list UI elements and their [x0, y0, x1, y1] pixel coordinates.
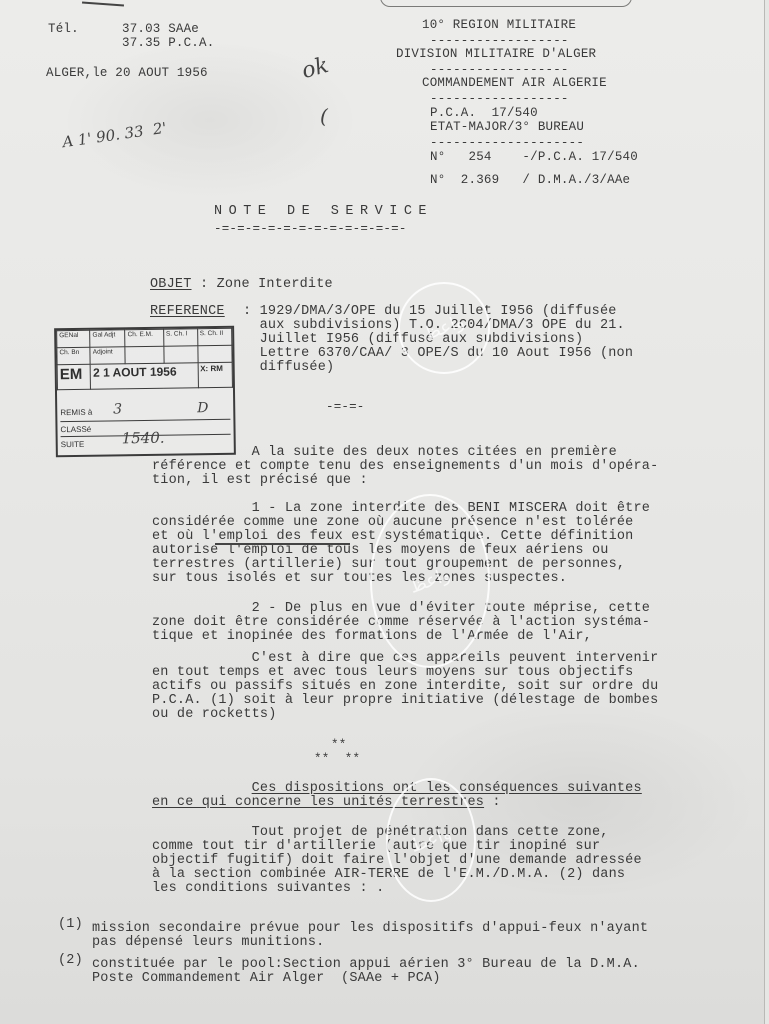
text-line: 2 - De plus en vue d'éviter toute mépris…	[152, 602, 650, 616]
header-command: COMMANDEMENT AIR ALGERIE	[422, 76, 607, 90]
text-line: terrestres (artillerie) sur tout groupem…	[152, 558, 625, 572]
stamp-header: S. Ch. II	[197, 328, 232, 345]
stamp-header: Gal Adjt	[90, 330, 125, 347]
top-frame-edge	[380, 0, 632, 7]
text-line: référence et compte tenu des enseignemen…	[152, 460, 658, 474]
text-line: Tout projet de pénétration dans cette zo…	[152, 826, 609, 840]
stamp-remis-extra: D	[197, 400, 208, 416]
stamp-cell	[197, 345, 232, 362]
stamp-suite-label: SUITE	[61, 440, 85, 449]
header-rule: ------------------	[430, 34, 569, 48]
reference-line: diffusée)	[243, 361, 334, 375]
text-line: autorise l'emploi de tous les moyens de …	[152, 544, 609, 558]
text-line: en ce qui concerne les unités terrestres…	[152, 796, 501, 810]
stamp-header: S. Ch. I	[163, 329, 197, 346]
header-rule: ------------------	[430, 92, 569, 106]
handwritten-tick: (	[320, 104, 328, 128]
stamp-cell: Ch. Bn	[57, 347, 91, 364]
text-line: 1 - La zone interdite des BENI MISCERA d…	[152, 502, 650, 516]
text-line: A la suite des deux notes citées en prem…	[152, 446, 617, 460]
objet-value: : Zone Interdite	[200, 278, 333, 292]
text-line: à la section combinée AIR-TERRE de l'E.M…	[152, 868, 625, 882]
stamp-cell: Adjoint	[90, 347, 125, 364]
text-line: objectif fugitif) doit faire l'objet d'u…	[152, 854, 642, 868]
footnote-marker: (1)	[58, 918, 83, 932]
header-rule: ------------------	[430, 63, 569, 77]
header-etat-major: ETAT-MAJOR/3° BUREAU	[430, 120, 584, 134]
header-region: 10° REGION MILITAIRE	[422, 18, 576, 32]
stamp-date-prefix: EM	[57, 364, 91, 389]
heading-underlined: Ces dispositions ont les conséquences su…	[252, 781, 642, 796]
footnote-line: pas dépensé leurs munitions.	[92, 936, 324, 950]
header-pca: P.C.A. 17/540	[430, 106, 538, 120]
section-separator: -=-=-	[326, 400, 365, 414]
stamp-cell	[125, 346, 164, 364]
stamp-remis-value: 3	[113, 401, 122, 417]
stamp-classe-label: CLASSé	[60, 425, 91, 434]
heading-colon: :	[484, 795, 501, 810]
place-date: ALGER,le 20 AOUT 1956	[46, 66, 208, 80]
underline-mark	[215, 543, 350, 545]
reference-line: Juillet I956 (diffusé aux subdivisions)	[243, 333, 583, 347]
header-rule: --------------------	[430, 136, 584, 150]
tel-label: Tél.	[48, 22, 79, 36]
footnote-line: mission secondaire prévue pour les dispo…	[92, 922, 648, 936]
text-line: C'est à dire que ces appareils peuvent i…	[152, 652, 658, 666]
stars-divider-bottom: ** **	[314, 752, 360, 766]
footnote-line: Poste Commandement Air Alger (SAAe + PCA…	[92, 972, 441, 986]
stamp-remis-label: REMIS à	[60, 408, 92, 417]
stamp-divider	[60, 419, 230, 422]
tel-line-2: 37.35 P.C.A.	[122, 36, 214, 50]
stamp-cell	[164, 346, 198, 363]
text-line: tion, il est précisé que :	[152, 474, 368, 488]
text-line: tique et inopinée des formations de l'Ar…	[152, 630, 592, 644]
text-line: actifs ou passifs situés en zone interdi…	[152, 680, 658, 694]
text-line: ou de rocketts)	[152, 708, 277, 722]
tel-line-1: 37.03 SAAe	[122, 22, 199, 36]
stamp-header: Ch. E.M.	[125, 329, 164, 347]
reference-line: : 1929/DMA/3/OPE du 15 Juillet I956 (dif…	[243, 305, 617, 319]
text-line: en tout temps et avec tous leurs moyens …	[152, 666, 633, 680]
objet-label: OBJET	[150, 278, 192, 292]
stamp-date-suffix: X: RM	[198, 362, 233, 387]
title-rule: -=-=-=-=-=-=-=-=-=-=-=-=-	[214, 222, 407, 236]
text-line: les conditions suivantes : .	[152, 882, 384, 896]
stars-divider-top: **	[331, 738, 346, 752]
reference-line: aux subdivisions) T.O. 2C04/DMA/3 OPE du…	[243, 319, 625, 333]
received-stamp: GENal Gal Adjt Ch. E.M. S. Ch. I S. Ch. …	[54, 326, 236, 458]
text-line: considérée comme une zone où aucune prés…	[152, 516, 633, 530]
header-division: DIVISION MILITAIRE D'ALGER	[396, 47, 596, 61]
stamp-date: 2 1 AOUT 1956	[90, 363, 198, 389]
footnote-marker: (2)	[58, 954, 83, 968]
stamp-header: GENal	[57, 330, 91, 347]
reference-line: Lettre 6370/CAA/ 3 OPE/S du 10 Aout I956…	[243, 347, 633, 361]
text-line: Ces dispositions ont les conséquences su…	[152, 782, 642, 796]
header-number-1: N° 254 -/P.C.A. 17/540	[430, 150, 638, 164]
text-line: sur tous isolés et sur toutes les zones …	[152, 572, 567, 586]
reference-label: REFERENCE	[150, 305, 225, 319]
text-line: comme tout tir d'artillerie (autre que t…	[152, 840, 600, 854]
text-line: zone doit être considérée comme réservée…	[152, 616, 650, 630]
text-line: et où l'emploi des feux est systématique…	[152, 530, 633, 544]
text-line: P.C.A. (1) soit à leur propre initiative…	[152, 694, 658, 708]
footnote-line: constituée par le pool:Section appui aér…	[92, 958, 640, 972]
header-number-2: N° 2.369 / D.M.A./3/AAe	[430, 173, 630, 187]
document-title: NOTE DE SERVICE	[214, 205, 433, 219]
heading-underlined: en ce qui concerne les unités terrestres	[152, 795, 484, 810]
stamp-grid: GENal Gal Adjt Ch. E.M. S. Ch. I S. Ch. …	[56, 328, 233, 390]
